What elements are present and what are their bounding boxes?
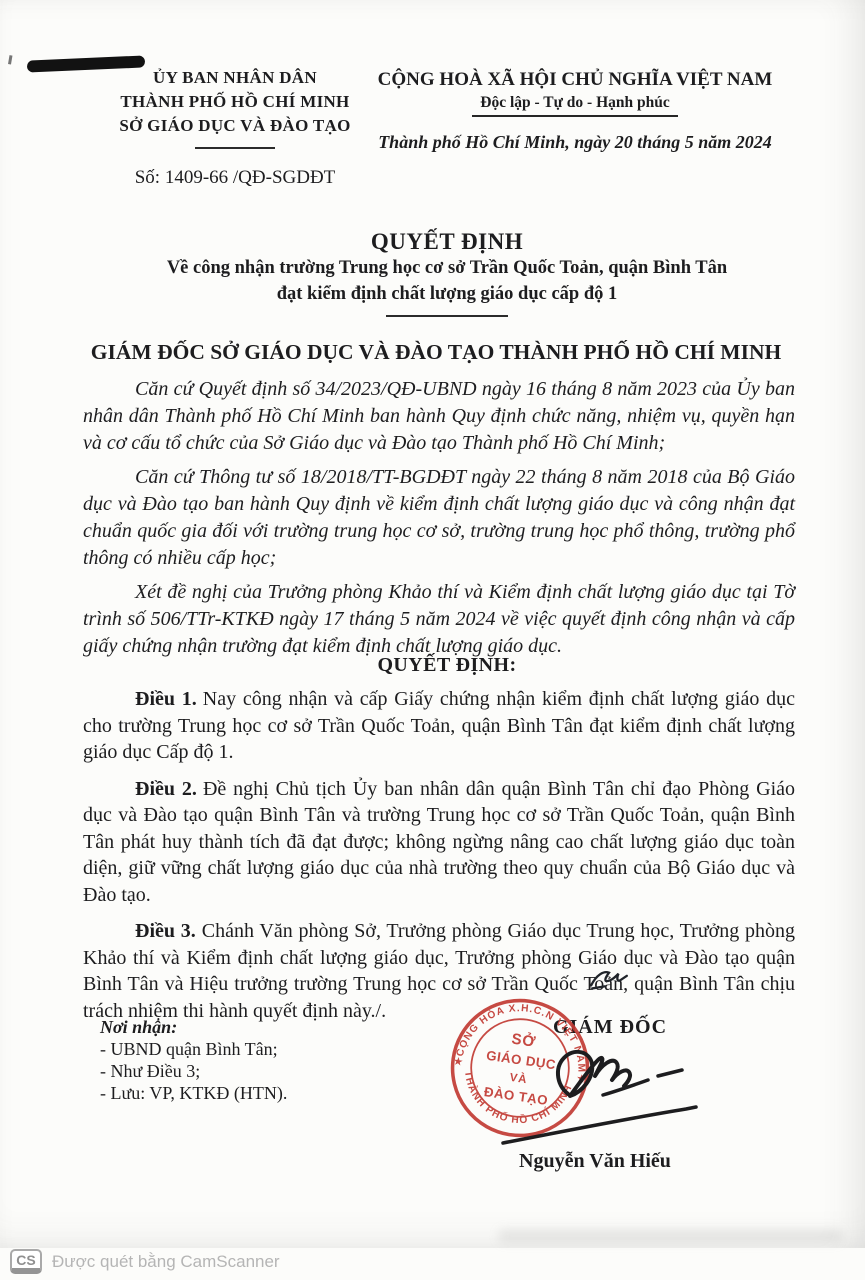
recitals-block: Căn cứ Quyết định số 34/2023/QĐ-UBND ngà… [83,376,795,667]
decision-heading: QUYẾT ĐỊNH: [85,654,809,677]
scan-smudge [498,1229,843,1243]
place-and-date: Thành phố Hồ Chí Minh, ngày 20 tháng 5 n… [370,132,780,153]
article-label: Điều 3. [135,920,196,942]
recipient-item: - UBND quận Bình Tân; [100,1038,380,1060]
articles-block: Điều 1.Nay công nhận và cấp Giấy chứng n… [83,686,795,1034]
authority-parent-name: ỦY BAN NHÂN DÂN [100,66,370,90]
authority-city-name: THÀNH PHỐ HỒ CHÍ MINH [100,90,370,114]
article-label: Điều 1. [135,688,197,710]
authority-department-name: SỞ GIÁO DỤC VÀ ĐÀO TẠO [100,114,370,138]
decision-subtitle-line2: đạt kiểm định chất lượng giáo dục cấp độ… [85,281,809,307]
issuer-heading: GIÁM ĐỐC SỞ GIÁO DỤC VÀ ĐÀO TẠO THÀNH PH… [80,340,792,365]
title-divider [386,315,508,317]
article-paragraph: Điều 2.Đề nghị Chủ tịch Ủy ban nhân dân … [83,776,795,909]
recital-paragraph: Căn cứ Quyết định số 34/2023/QĐ-UBND ngà… [83,376,795,457]
decision-title: QUYẾT ĐỊNH [85,228,809,255]
national-header-block: CỘNG HOÀ XÃ HỘI CHỦ NGHĨA VIỆT NAM Độc l… [370,68,780,153]
signer-name: Nguyễn Văn Hiếu [500,1150,690,1173]
recital-paragraph: Xét đề nghị của Trưởng phòng Khảo thí và… [83,579,795,660]
title-block: QUYẾT ĐỊNH Về công nhận trường Trung học… [85,228,809,317]
national-motto: Độc lập - Tự do - Hạnh phúc [370,94,780,117]
article-label: Điều 2. [135,778,197,800]
paraph-mark [588,966,630,992]
article-paragraph: Điều 1.Nay công nhận và cấp Giấy chứng n… [83,686,795,766]
article-paragraph: Điều 3.Chánh Văn phòng Sở, Trưởng phòng … [83,918,795,1024]
recipients-block: Nơi nhận: - UBND quận Bình Tân; - Như Đi… [100,1016,380,1104]
signature-strokes [420,1022,800,1162]
country-name: CỘNG HOÀ XÃ HỘI CHỦ NGHĨA VIỆT NAM [370,68,780,92]
decision-subtitle-line1: Về công nhận trường Trung học cơ sở Trần… [85,255,809,281]
authority-divider [195,147,275,149]
issuing-authority-block: ỦY BAN NHÂN DÂN THÀNH PHỐ HỒ CHÍ MINH SỞ… [100,66,370,189]
camscanner-text: Được quét bằng CamScanner [52,1252,280,1272]
recipient-item: - Lưu: VP, KTKĐ (HTN). [100,1082,380,1104]
recipients-heading: Nơi nhận: [100,1016,380,1038]
camscanner-badge-icon: CS [10,1249,42,1274]
scanned-decision-document: ỦY BAN NHÂN DÂN THÀNH PHỐ HỒ CHÍ MINH SỞ… [0,0,865,1280]
camscanner-watermark: CS Được quét bằng CamScanner [10,1249,280,1274]
recipient-item: - Như Điều 3; [100,1060,380,1082]
national-motto-text: Độc lập - Tự do - Hạnh phúc [472,94,677,117]
recital-paragraph: Căn cứ Thông tư số 18/2018/TT-BGDĐT ngày… [83,464,795,572]
document-number: Số: 1409-66 /QĐ-SGDĐT [100,167,370,189]
